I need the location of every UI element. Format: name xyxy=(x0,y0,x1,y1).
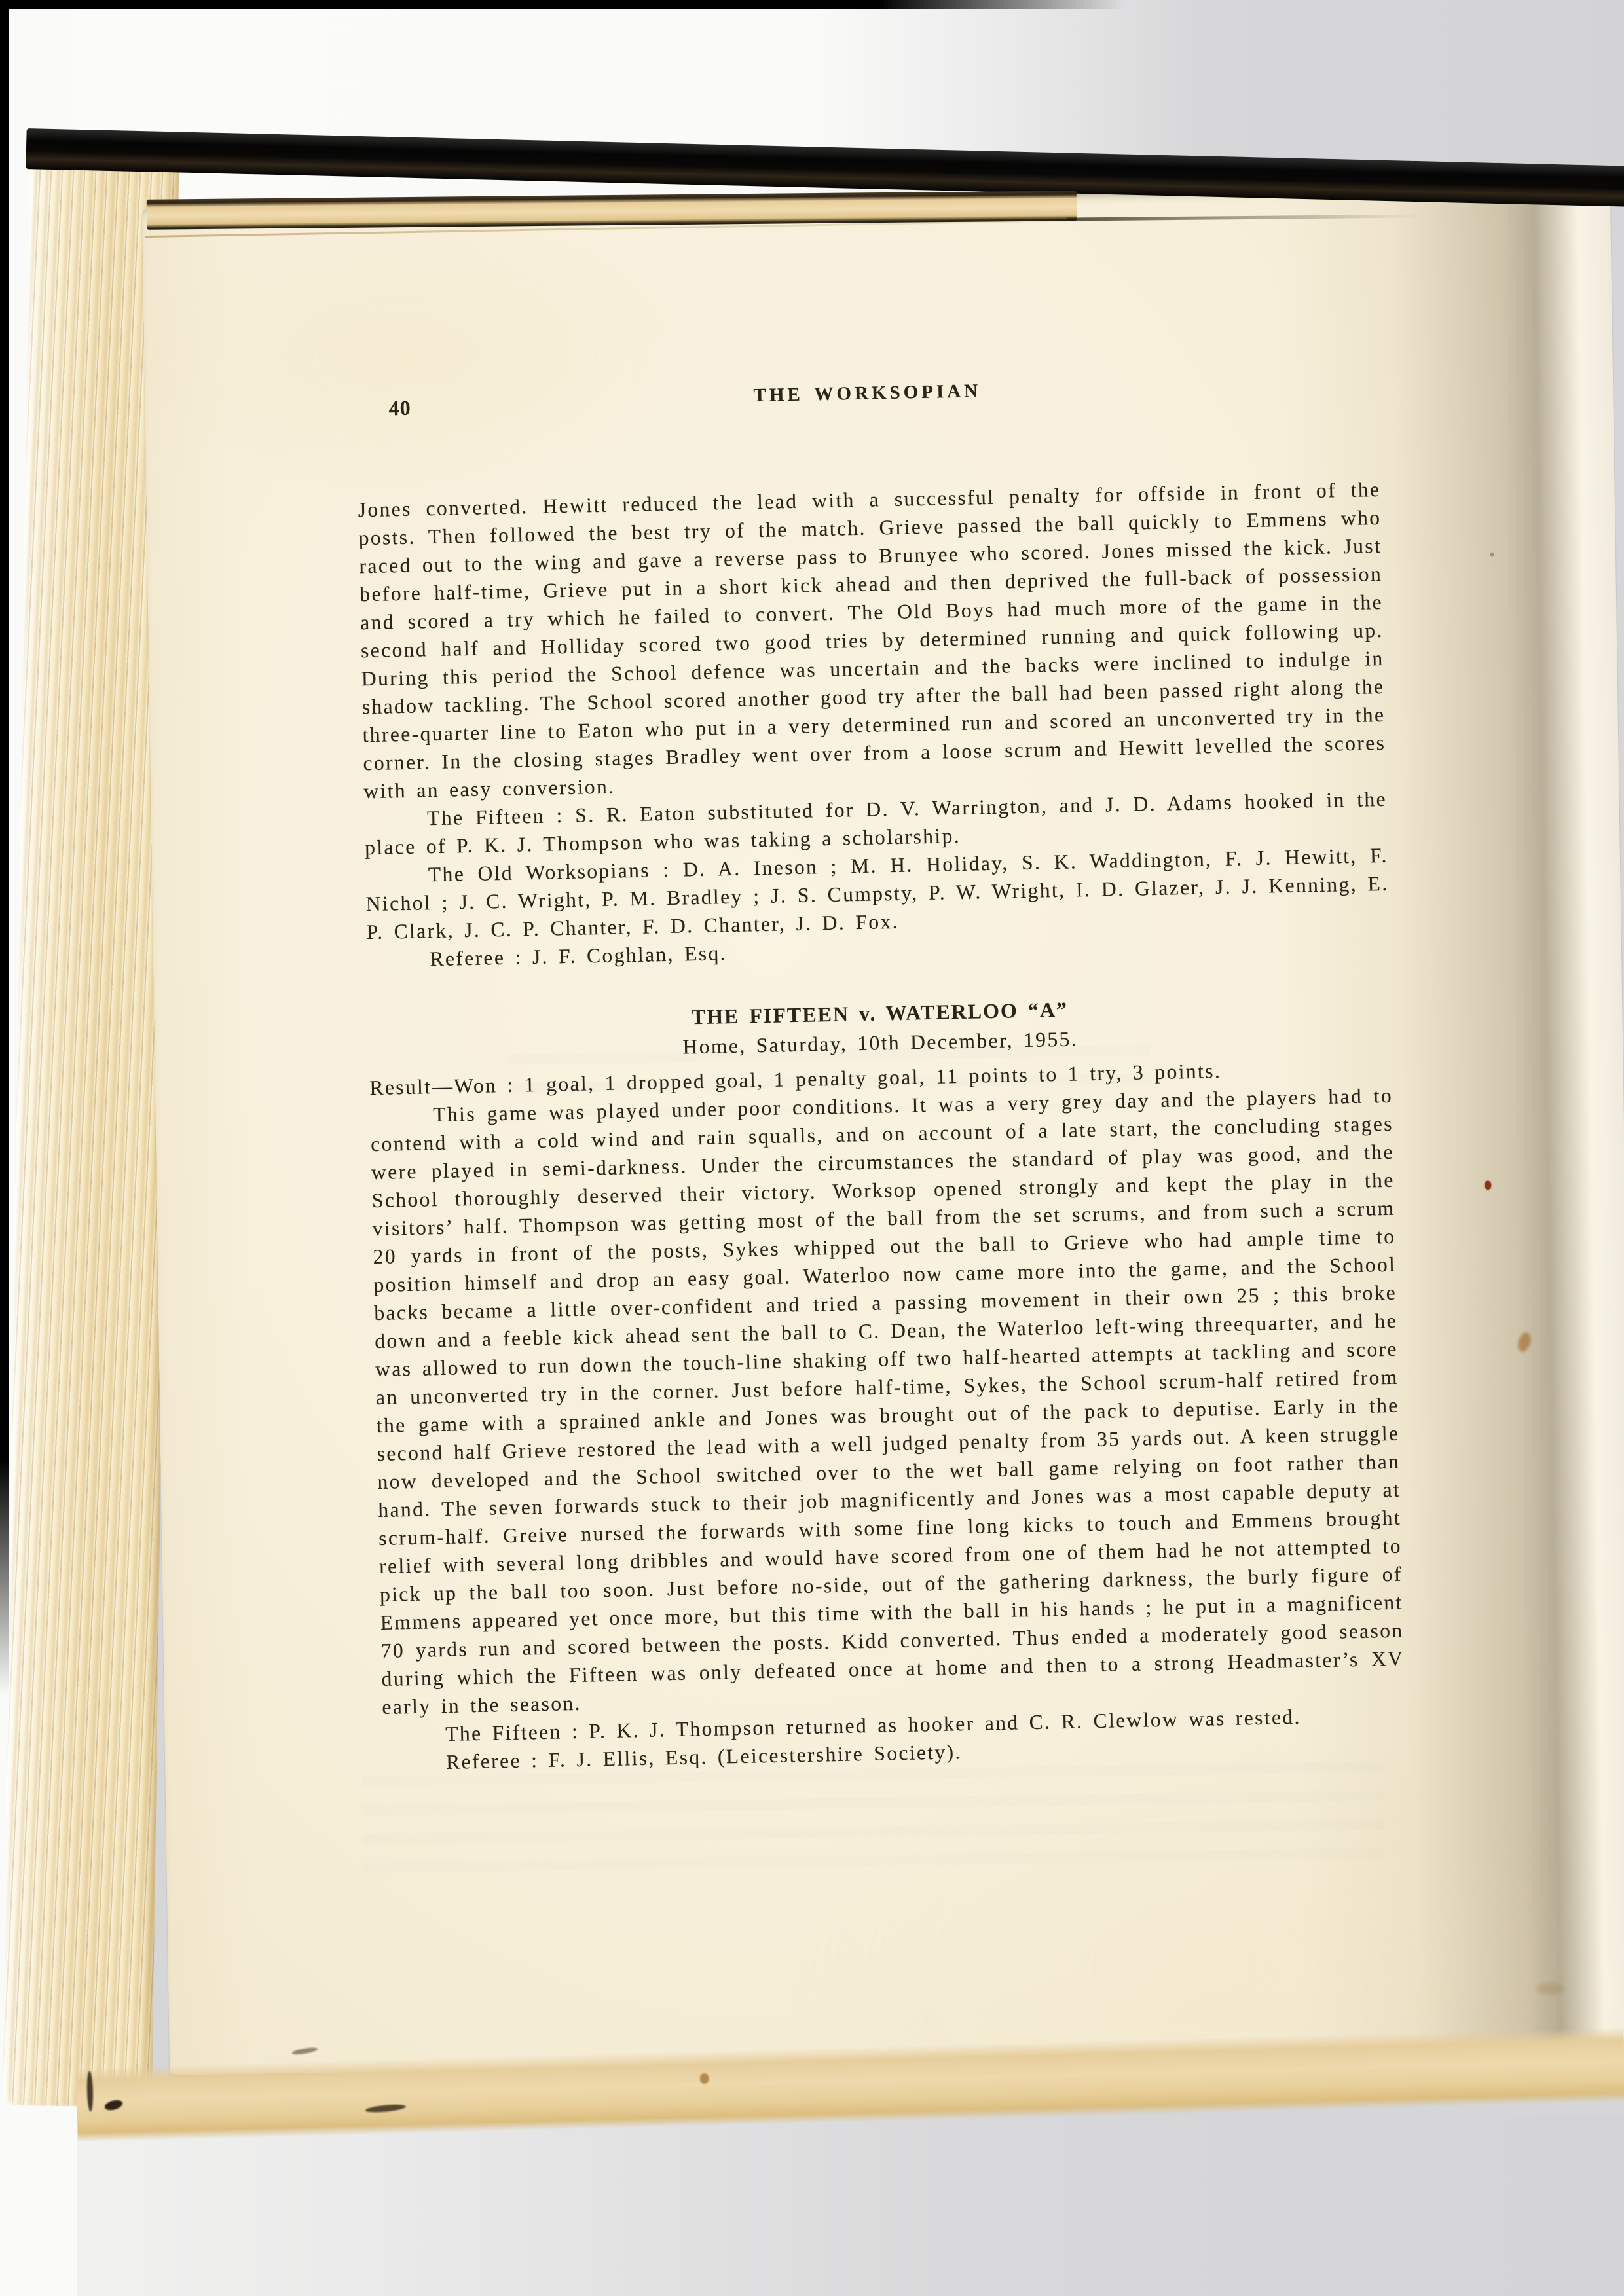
scan-edge-left xyxy=(0,0,9,1696)
match-report-continuation: Jones converted. Hewitt reduced the lead… xyxy=(358,475,1386,805)
scanned-book-page-photo: 40 THE WORKSOPIAN Jones converted. Hewit… xyxy=(0,0,1624,2296)
edge-stain xyxy=(700,2073,709,2084)
scan-edge-top xyxy=(0,0,1126,9)
foxing-stain xyxy=(1485,1181,1491,1190)
scanner-background-bottom xyxy=(0,2115,1624,2296)
edge-damage-mark xyxy=(365,2104,406,2114)
edge-damage-mark xyxy=(103,2098,124,2112)
edge-damage-mark xyxy=(86,2071,94,2111)
ink-showthrough xyxy=(361,1761,1384,1874)
foxing-stain xyxy=(1490,553,1494,557)
match-report: This game was played under poor conditio… xyxy=(370,1082,1405,1721)
printed-page-content: 40 THE WORKSOPIAN Jones converted. Hewit… xyxy=(356,369,1406,1777)
book-page: 40 THE WORKSOPIAN Jones converted. Hewit… xyxy=(142,187,1624,2075)
